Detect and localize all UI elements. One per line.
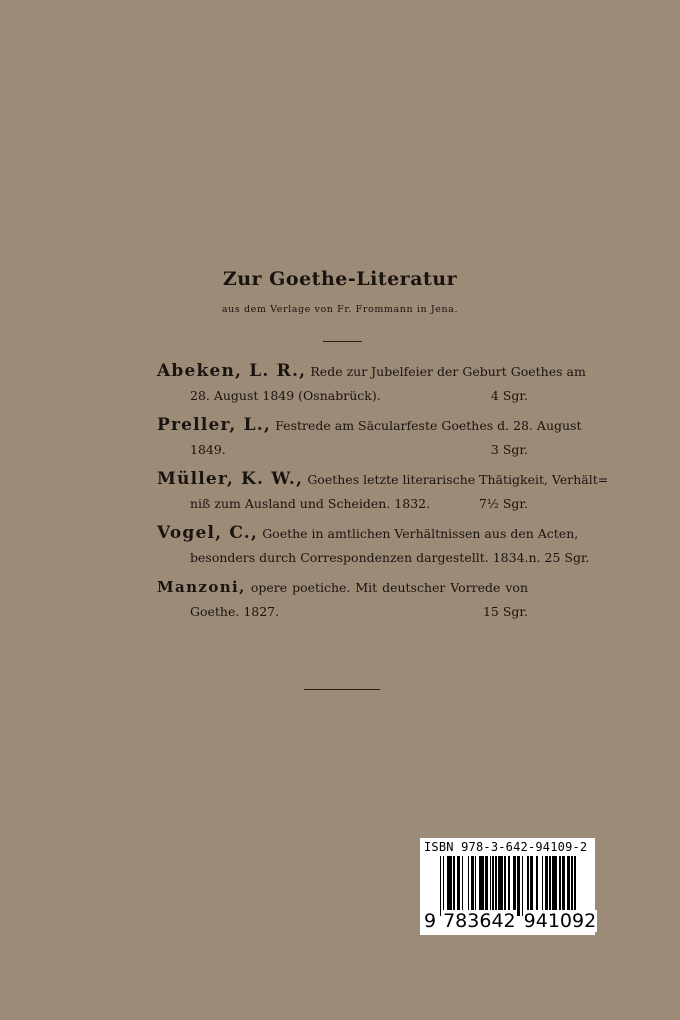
entry-line2: 28. August 1849 (Osnabrück).4 Sgr. [157, 384, 528, 407]
entry-description-cont: 1849. [190, 438, 226, 461]
title-divider [323, 341, 362, 342]
entry-line2: besonders durch Correspondenzen dargeste… [157, 546, 528, 569]
barcode-group-right: 941092 [523, 910, 598, 932]
entry-description-cont: Goethe. 1827. [190, 600, 279, 623]
section-title: Zur Goethe-Literatur [0, 268, 680, 290]
publisher-line: aus dem Verlage von Fr. Frommann in Jena… [0, 304, 680, 315]
entry-description: Festrede am Säcularfeste Goethes d. 28. … [275, 418, 581, 433]
entry-author: Müller, K. W., [157, 469, 303, 489]
book-entry-preller: Preller, L., Festrede am Säcularfeste Go… [157, 414, 528, 461]
barcode-bars-icon [440, 856, 576, 916]
entry-line1: Preller, L., Festrede am Säcularfeste Go… [157, 414, 528, 438]
entry-description-cont: besonders durch Correspondenzen dargeste… [190, 546, 529, 569]
entry-description-cont: niß zum Ausland und Scheiden. 1832. [190, 492, 430, 515]
entry-description: Goethe in amtlichen Verhältnissen aus de… [262, 526, 578, 541]
entry-description: Goethes letzte literarische Thätigkeit, … [307, 472, 608, 487]
isbn-barcode: ISBN 978-3-642-94109-2 9783642 941092 [420, 838, 595, 935]
entry-price: 3 Sgr. [491, 438, 528, 461]
closing-divider [304, 689, 380, 690]
isbn-label: ISBN 978-3-642-94109-2 [424, 840, 587, 854]
entry-line2: niß zum Ausland und Scheiden. 1832.7½ Sg… [157, 492, 528, 515]
entry-line2: 1849.3 Sgr. [157, 438, 528, 461]
barcode-group-left: 783642 [442, 910, 517, 932]
barcode-digits: 9783642 941092 [424, 910, 597, 932]
book-entry-mueller: Müller, K. W., Goethes letzte literarisc… [157, 468, 528, 515]
entry-author: Preller, L., [157, 415, 271, 435]
entry-line2: Goethe. 1827.15 Sgr. [157, 600, 528, 623]
entry-author: Abeken, L. R., [157, 361, 306, 381]
entry-description: Rede zur Jubelfeier der Geburt Goethes a… [310, 364, 585, 379]
entry-line1: Abeken, L. R., Rede zur Jubelfeier der G… [157, 360, 528, 384]
book-entry-manzoni: Manzoni, opere poetiche. Mit deutscher V… [157, 576, 528, 623]
entry-price: n. 25 Sgr. [529, 546, 590, 569]
entry-price: 4 Sgr. [491, 384, 528, 407]
entry-description-cont: 28. August 1849 (Osnabrück). [190, 384, 381, 407]
book-back-cover: Zur Goethe-Literatur aus dem Verlage von… [0, 0, 680, 1020]
book-entry-vogel: Vogel, C., Goethe in amtlichen Verhältni… [157, 522, 528, 569]
entry-description: opere poetiche. Mit deutscher Vorrede vo… [251, 580, 528, 595]
entry-line1: Vogel, C., Goethe in amtlichen Verhältni… [157, 522, 528, 546]
barcode-lead-digit: 9 [424, 910, 436, 932]
entry-line1: Manzoni, opere poetiche. Mit deutscher V… [157, 576, 528, 600]
book-list: Abeken, L. R., Rede zur Jubelfeier der G… [157, 360, 528, 630]
entry-author: Manzoni, [157, 578, 246, 596]
entry-line1: Müller, K. W., Goethes letzte literarisc… [157, 468, 528, 492]
book-entry-abeken: Abeken, L. R., Rede zur Jubelfeier der G… [157, 360, 528, 407]
entry-author: Vogel, C., [157, 523, 258, 543]
barcode-bar [574, 856, 575, 916]
entry-price: 15 Sgr. [483, 600, 528, 623]
entry-price: 7½ Sgr. [479, 492, 528, 515]
